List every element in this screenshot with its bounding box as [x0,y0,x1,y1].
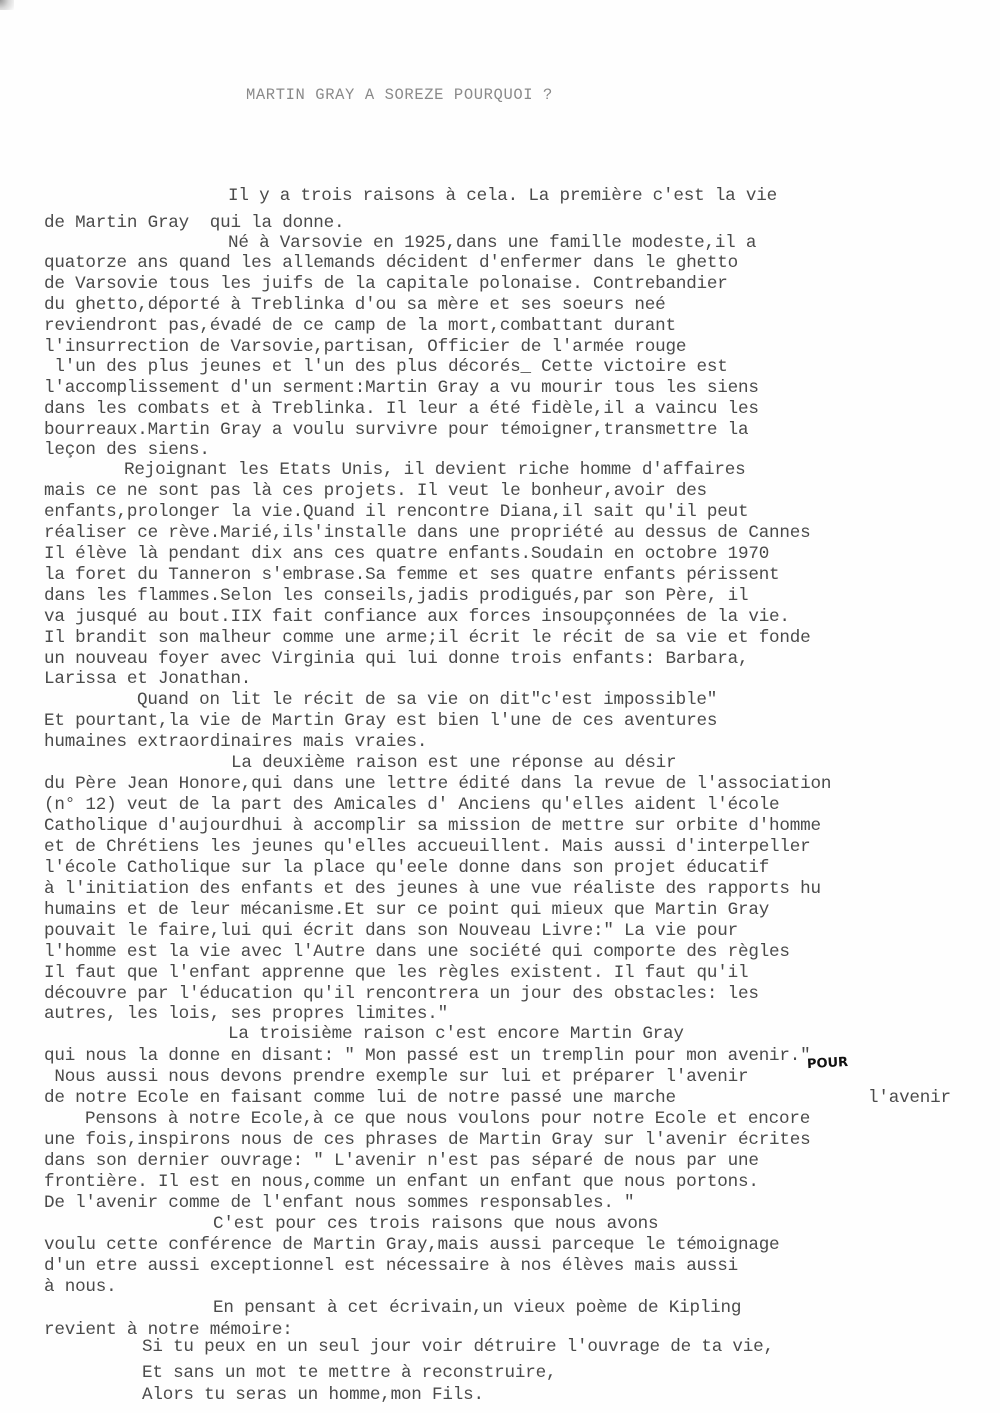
text-line: d'un etre aussi exceptionnel est nécessa… [44,1256,738,1276]
text-line: mais ce ne sont pas là ces projets. Il v… [44,481,707,501]
text-line: dans les combats et à Treblinka. Il leur… [44,399,759,419]
scan-corner-shadow [0,0,14,10]
text-line: un nouveau foyer avec Virginia qui lui d… [44,649,748,669]
text-line: dans les flammes.Selon les conseils,jadi… [44,586,748,606]
text-line: enfants,prolonger la vie.Quand il rencon… [44,502,748,522]
text-line: quatorze ans quand les allemands déciden… [44,253,738,273]
text-line: du ghetto,déporté à Treblinka d'ou sa mè… [44,295,665,315]
text-line: de notre Ecole en faisant comme lui de n… [44,1088,686,1108]
text-line: Il élève là pendant dix ans ces quatre e… [44,544,769,564]
text-line: autres, les lois, ses propres limites." [44,1004,448,1024]
text-line: l'insurrection de Varsovie,partisan, Off… [44,337,686,357]
text-line: C'est pour ces trois raisons que nous av… [213,1214,658,1234]
text-line: Il faut que l'enfant apprenne que les rè… [44,963,748,983]
text-line: va jusqué au bout.IIX fait confiance aux… [44,607,790,627]
text-line: découvre par l'éducation qu'il rencontre… [44,984,759,1004]
text-line: l'avenir [868,1088,951,1108]
text-line: humaines extraordinaires mais vraies. [44,732,427,752]
text-line: la foret du Tanneron s'embrase.Sa femme … [44,565,779,585]
text-line: En pensant à cet écrivain,un vieux poème… [213,1298,741,1318]
handwritten-annotation: POUR [807,1055,849,1072]
text-line: l'accomplissement d'un serment:Martin Gr… [44,378,759,398]
text-line: Pensons à notre Ecole,à ce que nous voul… [85,1109,810,1129]
text-line: Alors tu seras un homme,mon Fils. [142,1385,484,1405]
text-line: (n° 12) veut de la part des Amicales d' … [44,795,779,815]
text-line: humains et de leur mécanisme.Et sur ce p… [44,900,769,920]
text-line: reviendront pas,évadé de ce camp de la m… [44,316,676,336]
text-line: réaliser ce rève.Marié,ils'installe dans… [44,523,811,543]
text-line: du Père Jean Honore,qui dans une lettre … [44,774,831,794]
text-line: La deuxième raison est une réponse au dé… [231,753,676,773]
text-line: Catholique d'aujourdhui à accomplir sa m… [44,816,821,836]
text-line: voulu cette conférence de Martin Gray,ma… [44,1235,779,1255]
text-line: une fois,inspirons nous de ces phrases d… [44,1130,811,1150]
text-line: leçon des siens. [44,440,210,460]
text-line: Il y a trois raisons à cela. La première… [228,186,777,206]
text-line: dans son dernier ouvrage: " L'avenir n'e… [44,1151,759,1171]
text-line: Il brandit son malheur comme une arme;il… [44,628,811,648]
text-line: Quand on lit le récit de sa vie on dit"c… [137,690,717,710]
text-line: Né à Varsovie en 1925,dans une famille m… [228,233,756,253]
text-line: à nous. [44,1277,117,1297]
text-line: et de Chrétiens les jeunes qu'elles accu… [44,837,811,857]
text-line: Rejoignant les Etats Unis, il devient ri… [124,460,745,480]
text-line: l'homme est la vie avec l'Autre dans une… [44,942,790,962]
document-title: MARTIN GRAY A SOREZE POURQUOI ? [246,86,553,104]
text-line: l'école Catholique sur la place qu'eele … [44,858,769,878]
text-line: De l'avenir comme de l'enfant nous somme… [44,1193,634,1213]
text-line: Nous aussi nous devons prendre exemple s… [44,1067,748,1087]
text-line: de Martin Gray qui la donne. [44,213,344,233]
text-line: pouvait le faire,lui qui écrit dans son … [44,921,738,941]
text-line: à l'initiation des enfants et des jeunes… [44,879,821,899]
text-line: de Varsovie tous les juifs de la capital… [44,274,728,294]
text-line: Et sans un mot te mettre à reconstruire, [142,1363,556,1383]
text-line: Et pourtant,la vie de Martin Gray est bi… [44,711,717,731]
text-line: Larissa et Jonathan. [44,669,251,689]
typewritten-page: MARTIN GRAY A SOREZE POURQUOI ? Il y a t… [0,0,1000,1413]
text-line: Si tu peux en un seul jour voir détruire… [142,1337,774,1357]
text-line: qui nous la donne en disant: " Mon passé… [44,1046,811,1066]
text-line: frontière. Il est en nous,comme un enfan… [44,1172,759,1192]
text-line: bourreaux.Martin Gray a voulu survivre p… [44,420,748,440]
text-line: La troisième raison c'est encore Martin … [228,1024,684,1044]
text-line: l'un des plus jeunes et l'un des plus dé… [44,357,728,377]
